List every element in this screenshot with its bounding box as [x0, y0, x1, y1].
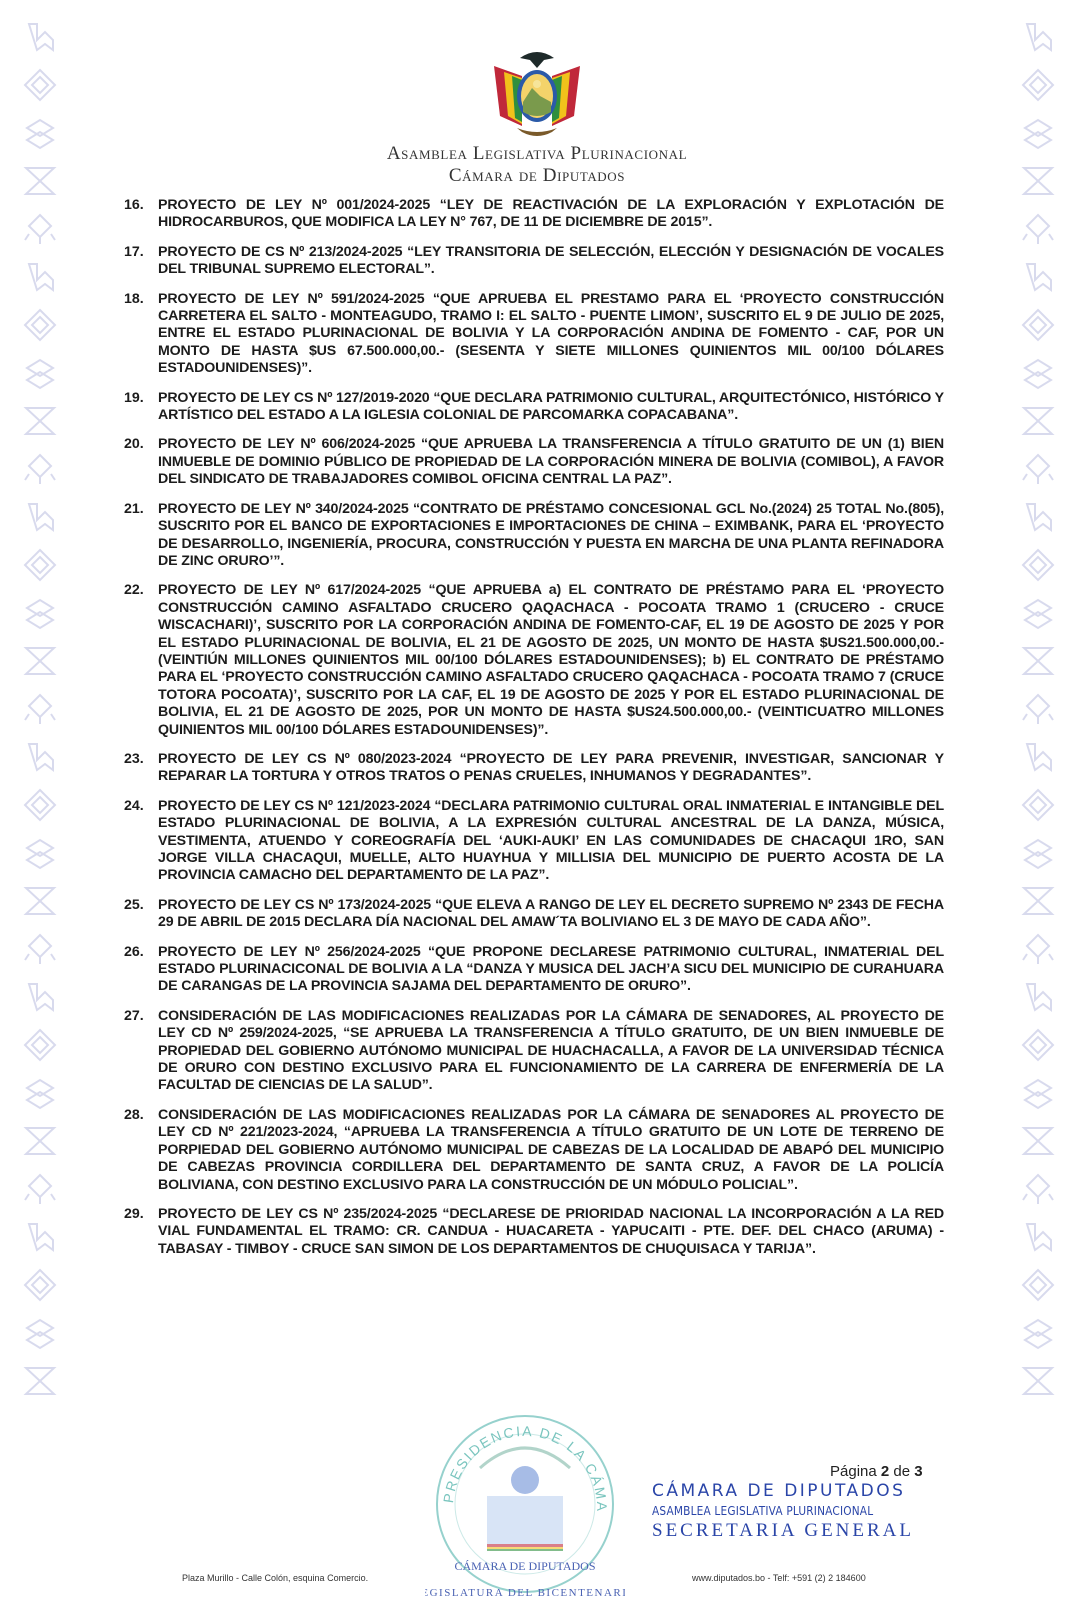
andean-motif-icon [1021, 548, 1055, 582]
item-number: 22. [124, 582, 158, 739]
list-item: 22.PROYECTO DE LEY Nº 617/2024-2025 “QUE… [124, 582, 944, 739]
andean-motif-icon [1021, 452, 1055, 486]
andean-motif-icon [1021, 404, 1055, 438]
letterhead: Asamblea Legislativa Plurinacional Cámar… [0, 36, 1074, 187]
andean-motif-icon [1021, 1172, 1055, 1206]
andean-motif-icon [1021, 836, 1055, 870]
footer-address: Plaza Murillo - Calle Colón, esquina Com… [182, 1573, 368, 1583]
item-number: 21. [124, 501, 158, 571]
andean-motif-icon [23, 596, 57, 630]
andean-motif-icon [23, 932, 57, 966]
andean-motif-icon [23, 1076, 57, 1110]
andean-motif-icon [23, 788, 57, 822]
andean-motif-icon [23, 260, 57, 294]
item-text: PROYECTO DE LEY Nº 256/2024-2025 “QUE PR… [158, 944, 944, 996]
item-number: 18. [124, 291, 158, 378]
andean-motif-icon [23, 356, 57, 390]
andean-motif-icon [23, 740, 57, 774]
item-number: 23. [124, 751, 158, 786]
item-number: 25. [124, 897, 158, 932]
right-decorative-border [1008, 0, 1068, 1600]
andean-motif-icon [23, 644, 57, 678]
stamp-line-chamber: CÁMARA DE DIPUTADOS [652, 1480, 914, 1502]
andean-motif-icon [23, 884, 57, 918]
presidency-seal-stamp: PRESIDENCIA DE LA CÁMARA DE DIPUTADOS CÁ… [425, 1408, 625, 1600]
andean-motif-icon [1021, 212, 1055, 246]
stamp-line-secretaria: SECRETARIA GENERAL [652, 1520, 914, 1542]
andean-motif-icon [1021, 260, 1055, 294]
chamber-name: Cámara de Diputados [0, 165, 1074, 187]
page-label: Página [830, 1463, 877, 1480]
andean-motif-icon [23, 1124, 57, 1158]
item-text: PROYECTO DE CS Nº 213/2024-2025 “LEY TRA… [158, 244, 944, 279]
item-number: 27. [124, 1008, 158, 1095]
andean-motif-icon [1021, 692, 1055, 726]
list-item: 27.CONSIDERACIÓN DE LAS MODIFICACIONES R… [124, 1008, 944, 1095]
left-decorative-border [10, 0, 70, 1600]
andean-motif-icon [1021, 308, 1055, 342]
andean-motif-icon [1021, 1268, 1055, 1302]
andean-motif-icon [1021, 1364, 1055, 1398]
item-number: 29. [124, 1206, 158, 1258]
list-item: 19.PROYECTO DE LEY CS Nº 127/2019-2020 “… [124, 390, 944, 425]
item-number: 17. [124, 244, 158, 279]
andean-motif-icon [23, 212, 57, 246]
list-item: 26.PROYECTO DE LEY Nº 256/2024-2025 “QUE… [124, 944, 944, 996]
list-item: 24.PROYECTO DE LEY CS Nº 121/2023-2024 “… [124, 798, 944, 885]
list-item: 21.PROYECTO DE LEY Nº 340/2024-2025 “CON… [124, 501, 944, 571]
andean-motif-icon [1021, 596, 1055, 630]
andean-motif-icon [1021, 1028, 1055, 1062]
list-item: 29.PROYECTO DE LEY CS Nº 235/2024-2025 “… [124, 1206, 944, 1258]
andean-motif-icon [1021, 1220, 1055, 1254]
andean-motif-icon [23, 836, 57, 870]
andean-motif-icon [23, 1316, 57, 1350]
item-number: 16. [124, 197, 158, 232]
andean-motif-icon [23, 980, 57, 1014]
andean-motif-icon [23, 308, 57, 342]
item-text: CONSIDERACIÓN DE LAS MODIFICACIONES REAL… [158, 1107, 944, 1194]
andean-motif-icon [1021, 1316, 1055, 1350]
andean-motif-icon [1021, 1076, 1055, 1110]
list-item: 16.PROYECTO DE LEY Nº 001/2024-2025 “LEY… [124, 197, 944, 232]
item-text: PROYECTO DE LEY CS Nº 127/2019-2020 “QUE… [158, 390, 944, 425]
footer-contact: www.diputados.bo - Telf: +591 (2) 2 1846… [692, 1573, 866, 1583]
list-item: 20.PROYECTO DE LEY Nº 606/2024-2025 “QUE… [124, 436, 944, 488]
seal-legislature-text: LEGISLATURA DEL BICENTENARIO [425, 1587, 625, 1599]
item-text: CONSIDERACIÓN DE LAS MODIFICACIONES REAL… [158, 1008, 944, 1095]
andean-motif-icon [1021, 980, 1055, 1014]
andean-motif-icon [23, 1364, 57, 1398]
item-text: PROYECTO DE LEY CS Nº 080/2023-2024 “PRO… [158, 751, 944, 786]
agenda-items-list: 16.PROYECTO DE LEY Nº 001/2024-2025 “LEY… [124, 197, 944, 1270]
andean-motif-icon [1021, 356, 1055, 390]
andean-motif-icon [1021, 884, 1055, 918]
andean-motif-icon [23, 1172, 57, 1206]
item-text: PROYECTO DE LEY Nº 340/2024-2025 “CONTRA… [158, 501, 944, 571]
andean-motif-icon [23, 500, 57, 534]
andean-motif-icon [23, 1028, 57, 1062]
org-name: Asamblea Legislativa Plurinacional [0, 143, 1074, 165]
list-item: 28.CONSIDERACIÓN DE LAS MODIFICACIONES R… [124, 1107, 944, 1194]
andean-motif-icon [23, 1268, 57, 1302]
item-number: 26. [124, 944, 158, 996]
page-current: 2 [881, 1463, 889, 1480]
list-item: 25.PROYECTO DE LEY CS Nº 173/2024-2025 “… [124, 897, 944, 932]
andean-motif-icon [1021, 1124, 1055, 1158]
page-number: Página 2 de 3 [830, 1463, 923, 1480]
secretaria-general-stamp: CÁMARA DE DIPUTADOS ASAMBLEA LEGISLATIVA… [652, 1480, 914, 1542]
andean-motif-icon [1021, 500, 1055, 534]
list-item: 23.PROYECTO DE LEY CS Nº 080/2023-2024 “… [124, 751, 944, 786]
andean-motif-icon [23, 452, 57, 486]
item-text: PROYECTO DE LEY Nº 617/2024-2025 “QUE AP… [158, 582, 944, 739]
andean-motif-icon [1021, 788, 1055, 822]
item-text: PROYECTO DE LEY Nº 591/2024-2025 “QUE AP… [158, 291, 944, 378]
list-item: 18.PROYECTO DE LEY Nº 591/2024-2025 “QUE… [124, 291, 944, 378]
item-text: PROYECTO DE LEY Nº 001/2024-2025 “LEY DE… [158, 197, 944, 232]
item-text: PROYECTO DE LEY Nº 606/2024-2025 “QUE AP… [158, 436, 944, 488]
stamp-line-assembly: ASAMBLEA LEGISLATIVA PLURINACIONAL [652, 1502, 883, 1520]
andean-motif-icon [1021, 644, 1055, 678]
list-item: 17.PROYECTO DE CS Nº 213/2024-2025 “LEY … [124, 244, 944, 279]
item-text: PROYECTO DE LEY CS Nº 121/2023-2024 “DEC… [158, 798, 944, 885]
andean-motif-icon [23, 548, 57, 582]
andean-motif-icon [23, 1220, 57, 1254]
bolivia-coat-of-arms-icon [482, 36, 592, 141]
page-sep: de [893, 1463, 910, 1480]
item-text: PROYECTO DE LEY CS Nº 173/2024-2025 “QUE… [158, 897, 944, 932]
page-total: 3 [914, 1463, 922, 1480]
item-number: 19. [124, 390, 158, 425]
andean-motif-icon [23, 692, 57, 726]
andean-motif-icon [1021, 932, 1055, 966]
andean-motif-icon [23, 404, 57, 438]
seal-bottom-text: CÁMARA DE DIPUTADOS [454, 1559, 595, 1573]
item-number: 20. [124, 436, 158, 488]
andean-motif-icon [1021, 740, 1055, 774]
item-number: 28. [124, 1107, 158, 1194]
item-text: PROYECTO DE LEY CS Nº 235/2024-2025 “DEC… [158, 1206, 944, 1258]
item-number: 24. [124, 798, 158, 885]
